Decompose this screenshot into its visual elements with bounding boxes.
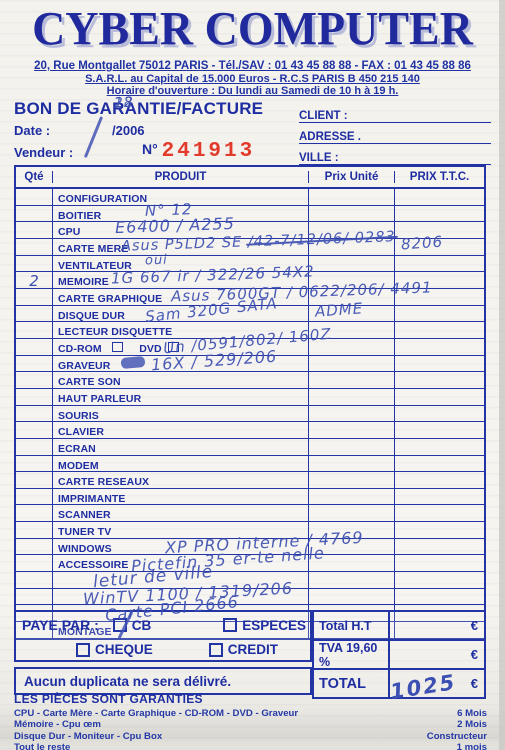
qty-cell: [16, 522, 53, 538]
invoice-info-right: CLIENT : ADRESSE . VILLE :: [299, 99, 491, 164]
qty-cell: 2: [16, 272, 53, 288]
warranty-items: Mémoire - Cpu œm: [14, 719, 101, 730]
ttc-price-cell: [395, 572, 484, 588]
warranty-duration: 6 Mois: [457, 708, 487, 719]
unit-price-cell: [309, 422, 395, 438]
warranty-duration: 2 Mois: [457, 719, 487, 730]
unit-price-cell: ADME: [309, 306, 395, 322]
handwritten-text: oui: [145, 252, 168, 268]
table-row: SOURIS: [16, 406, 484, 423]
product-label: LECTEUR DISQUETTE: [58, 326, 172, 338]
qty-cell: [16, 489, 53, 505]
total-ht-value: €: [390, 618, 484, 633]
paye-par-label: PAYE PAR :: [22, 617, 99, 633]
warranty-items: Tout le reste: [14, 742, 70, 750]
city-label: VILLE :: [299, 152, 339, 164]
payment-option-cheque: CHEQUE: [76, 642, 153, 657]
product-cell: MODEM: [53, 456, 309, 472]
unit-price-cell: [309, 572, 395, 588]
ttc-price-cell: [395, 206, 484, 222]
product-label: DVD: [139, 343, 161, 355]
ttc-price-cell: [395, 439, 484, 455]
table-row: SCANNER: [16, 505, 484, 522]
handwritten-ttc-price: 8206: [401, 235, 444, 253]
unit-price-cell: [309, 372, 395, 388]
ttc-price-cell: [395, 589, 484, 605]
pen-stroke: [84, 116, 103, 158]
product-rows: CONFIGURATION BOITIER N° 12 CPU E6400 / …: [16, 189, 484, 638]
product-cell: DISQUE DUR Sam 320G SATA: [53, 306, 309, 322]
ttc-price-cell: [395, 306, 484, 322]
header-qty: Qté: [16, 171, 53, 183]
cheque-checkbox-icon: [76, 643, 90, 657]
ttc-price-cell: [395, 356, 484, 372]
qty-cell: [16, 406, 53, 422]
table-row: CARTE SON: [16, 372, 484, 389]
warranty-items: CPU - Carte Mère - Carte Graphique - CD-…: [14, 708, 298, 719]
qty-cell: [16, 356, 53, 372]
unit-price-cell: [309, 356, 395, 372]
qty-cell: [16, 505, 53, 521]
table-row: ACCESSOIRE Pictefin 35 er-te nelle: [16, 555, 484, 572]
product-label: CPU: [58, 226, 80, 238]
product-cell: IMPRIMANTE: [53, 489, 309, 505]
table-row: WinTV 1100 / 1319/206: [16, 589, 484, 606]
table-row: HAUT PARLEUR: [16, 389, 484, 406]
document-title: BON DE GARANTIE/FACTURE: [14, 99, 299, 119]
store-logo: CYBER COMPUTER: [0, 1, 505, 56]
date-label: Date :: [14, 123, 50, 138]
qty-cell: [16, 456, 53, 472]
ttc-price-cell: [395, 256, 484, 272]
ttc-price-cell: [395, 339, 484, 355]
tva-value: €: [390, 647, 484, 662]
invoice-number: N° 241913: [142, 140, 255, 163]
table-row: BOITIER N° 12: [16, 206, 484, 223]
warranty-items: Disque Dur - Moniteur - Cpu Box: [14, 731, 162, 742]
table-row: CARTE RESEAUX: [16, 472, 484, 489]
store-legal-line: S.A.R.L. au Capital de 15.000 Euros - R.…: [0, 73, 505, 85]
qty-cell: [16, 555, 53, 571]
qty-cell: [16, 289, 53, 305]
ttc-price-cell: [395, 505, 484, 521]
scan-edge: [499, 0, 505, 750]
tva-row: TVA 19,60 % €: [314, 641, 484, 670]
handwritten-entry: E6400 / A255: [115, 216, 235, 236]
handwritten-text: Asus P5LD2 SE: [121, 234, 248, 254]
totals-box: Total H.T € TVA 19,60 % € TOTAL 1025 €: [312, 610, 486, 699]
product-cell: CARTE SON: [53, 372, 309, 388]
scanned-invoice: CYBER COMPUTER 20, Rue Montgallet 75012 …: [0, 0, 505, 750]
product-label: CONFIGURATION: [58, 193, 147, 205]
qty-cell: [16, 189, 53, 205]
credit-checkbox-icon: [209, 643, 223, 657]
product-cell: ECRAN: [53, 439, 309, 455]
store-address-line: 20, Rue Montgallet 75012 PARIS - Tél./SA…: [0, 60, 505, 72]
ttc-price-cell: [395, 389, 484, 405]
table-row: DISQUE DUR Sam 320G SATA ADME: [16, 306, 484, 323]
product-label: WINDOWS: [58, 543, 112, 555]
product-cell: CLAVIER: [53, 422, 309, 438]
product-cell: SCANNER: [53, 505, 309, 521]
qty-cell: [16, 222, 53, 238]
tva-label: TVA 19,60 %: [314, 641, 390, 668]
unit-price-cell: [309, 406, 395, 422]
euro-symbol: €: [471, 647, 478, 662]
table-row: MODEM: [16, 456, 484, 473]
qty-cell: [16, 306, 53, 322]
total-ht-row: Total H.T €: [314, 612, 484, 641]
qty-cell: [16, 422, 53, 438]
handwritten-unit-price: ADME: [315, 301, 364, 319]
address-label: ADRESSE .: [299, 131, 361, 143]
warranty-line: Disque Dur - Moniteur - Cpu Box Construc…: [14, 731, 487, 742]
ttc-price-cell: [395, 422, 484, 438]
ttc-price-cell: [395, 555, 484, 571]
euro-symbol: €: [471, 676, 478, 691]
qty-cell: [16, 589, 53, 605]
product-cell: CARTE RESEAUX: [53, 472, 309, 488]
unit-price-cell: [309, 589, 395, 605]
city-field: VILLE :: [299, 144, 491, 165]
qty-cell: [16, 322, 53, 338]
ink-scribble: [121, 356, 146, 369]
table-row: CONFIGURATION: [16, 189, 484, 206]
total-value: 1025 €: [390, 676, 484, 691]
address-field: ADRESSE .: [299, 123, 491, 144]
unit-price-cell: [309, 256, 395, 272]
warranty-section: LES PIÈCES SONT GARANTIES CPU - Carte Mè…: [14, 692, 487, 750]
product-label: BOITIER: [58, 210, 101, 222]
product-label: GRAVEUR: [58, 360, 110, 372]
ttc-price-cell: [395, 189, 484, 205]
date-year: /2006: [112, 123, 145, 138]
warranty-title: LES PIÈCES SONT GARANTIES: [14, 692, 487, 706]
qty-cell: [16, 472, 53, 488]
ttc-price-cell: [395, 522, 484, 538]
payment-option-label: CHEQUE: [95, 642, 153, 657]
ttc-price-cell: [395, 322, 484, 338]
product-label: MEMOIRE: [58, 276, 109, 288]
handwritten-text: E6400 / A255: [115, 214, 235, 237]
product-label: CD-ROM: [58, 343, 102, 355]
product-cell: CARTE MERE Asus P5LD2 SE /42-7/12/06/ 02…: [53, 239, 309, 255]
handwritten-qty: 2: [29, 272, 39, 290]
product-label: CARTE GRAPHIQUE: [58, 293, 162, 305]
qty-cell: [16, 389, 53, 405]
product-label: CLAVIER: [58, 426, 104, 438]
invoice-info: BON DE GARANTIE/FACTURE Date : 28 12 /20…: [14, 99, 491, 164]
unit-price-cell: [309, 489, 395, 505]
unit-price-cell: [309, 206, 395, 222]
invoice-number-label: N°: [142, 141, 158, 157]
product-label: TUNER TV: [58, 526, 111, 538]
invoice-info-left: BON DE GARANTIE/FACTURE Date : 28 12 /20…: [14, 99, 299, 164]
product-label: IMPRIMANTE: [58, 493, 126, 505]
product-cell: SOURIS: [53, 406, 309, 422]
qty-cell: [16, 572, 53, 588]
table-row: CARTE MERE Asus P5LD2 SE /42-7/12/06/ 02…: [16, 239, 484, 256]
header-produit: PRODUIT: [53, 171, 309, 183]
cdrom-checkbox-icon: [112, 342, 123, 352]
ttc-price-cell: [395, 456, 484, 472]
product-label: CARTE RESEAUX: [58, 476, 149, 488]
warranty-line: Mémoire - Cpu œm 2 Mois: [14, 719, 487, 730]
unit-price-cell: [309, 472, 395, 488]
client-field: CLIENT :: [299, 102, 491, 123]
unit-price-cell: [309, 505, 395, 521]
qty-cell: [16, 539, 53, 555]
ttc-price-cell: [395, 472, 484, 488]
qty-cell: [16, 239, 53, 255]
warranty-duration: 1 mois: [457, 742, 487, 750]
product-label: HAUT PARLEUR: [58, 393, 141, 405]
ttc-price-cell: [395, 539, 484, 555]
qty-cell: [16, 206, 53, 222]
product-cell: GRAVEUR 16X / 529/206: [53, 356, 309, 372]
handwritten-entry: oui: [145, 253, 168, 267]
header-prix-ttc: PRIX T.T.C.: [395, 171, 484, 183]
unit-price-cell: [309, 189, 395, 205]
product-table: Qté PRODUIT Prix Unité PRIX T.T.C. CONFI…: [14, 165, 486, 640]
table-row: ECRAN: [16, 439, 484, 456]
table-row: CLAVIER: [16, 422, 484, 439]
warranty-line: CPU - Carte Mère - Carte Graphique - CD-…: [14, 708, 487, 719]
ttc-price-cell: [395, 372, 484, 388]
product-cell: HAUT PARLEUR: [53, 389, 309, 405]
product-label: SCANNER: [58, 509, 111, 521]
unit-price-cell: [309, 389, 395, 405]
especes-checkbox-icon: [223, 618, 237, 632]
ttc-price-cell: [395, 406, 484, 422]
warranty-duration: Constructeur: [427, 731, 487, 742]
qty-cell: [16, 439, 53, 455]
warranty-line: Tout le reste 1 mois: [14, 742, 487, 750]
qty-cell: [16, 339, 53, 355]
client-label: CLIENT :: [299, 110, 348, 122]
qty-cell: [16, 256, 53, 272]
invoice-number-value: 241913: [162, 140, 256, 163]
vendor-label: Vendeur :: [14, 145, 73, 160]
unit-price-cell: [309, 439, 395, 455]
table-header: Qté PRODUIT Prix Unité PRIX T.T.C.: [16, 167, 484, 189]
duplicata-note: Aucun duplicata ne sera délivré.: [14, 667, 312, 695]
product-label: CARTE SON: [58, 376, 121, 388]
ttc-price-cell: [395, 489, 484, 505]
header-prix-unite: Prix Unité: [309, 171, 395, 183]
ttc-price-cell: 8206: [395, 239, 484, 255]
payment-option-credit: CREDIT: [209, 642, 278, 657]
payment-option-label: ESPECES: [242, 618, 306, 633]
unit-price-cell: [309, 456, 395, 472]
qty-cell: [16, 372, 53, 388]
table-row: IMPRIMANTE: [16, 489, 484, 506]
product-label: ECRAN: [58, 443, 96, 455]
product-label: SOURIS: [58, 410, 99, 422]
store-hours-line: Horaire d'ouverture : Du lundi au Samedi…: [0, 85, 505, 97]
product-label: DISQUE DUR: [58, 310, 125, 322]
payment-option-label: CREDIT: [228, 642, 278, 657]
product-label: MODEM: [58, 460, 99, 472]
payment-section: PAYE PAR : CB ESPECES CHEQUE CREDIT: [14, 610, 312, 695]
total-ht-label: Total H.T: [314, 612, 390, 639]
euro-symbol: €: [471, 618, 478, 633]
table-row: GRAVEUR 16X / 529/206: [16, 356, 484, 373]
handwritten-date-month: 12: [114, 96, 134, 111]
product-label: CARTE MERE: [58, 243, 128, 255]
payment-option-especes: ESPECES: [223, 618, 306, 633]
